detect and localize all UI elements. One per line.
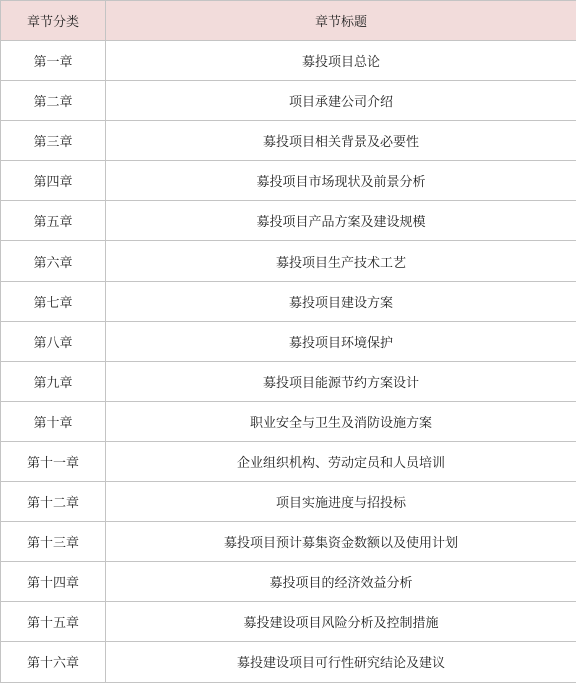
table-row: 第六章募投项目生产技术工艺 bbox=[1, 241, 576, 281]
table-row: 第四章募投项目市场现状及前景分析 bbox=[1, 161, 576, 201]
title-cell: 企业组织机构、劳动定员和人员培训 bbox=[106, 441, 576, 481]
table-row: 第十三章募投项目预计募集资金数额以及使用计划 bbox=[1, 522, 576, 562]
table-row: 第七章募投项目建设方案 bbox=[1, 281, 576, 321]
chapter-cell: 第十三章 bbox=[1, 522, 106, 562]
chapter-cell: 第一章 bbox=[1, 41, 106, 81]
chapter-cell: 第八章 bbox=[1, 321, 106, 361]
title-cell: 募投项目生产技术工艺 bbox=[106, 241, 576, 281]
header-row: 章节分类 章节标题 bbox=[1, 1, 576, 41]
chapter-cell: 第十六章 bbox=[1, 642, 106, 682]
title-cell: 项目实施进度与招投标 bbox=[106, 482, 576, 522]
header-chapter-category: 章节分类 bbox=[1, 1, 106, 41]
title-cell: 募投项目能源节约方案设计 bbox=[106, 361, 576, 401]
chapter-cell: 第三章 bbox=[1, 121, 106, 161]
table-row: 第十一章企业组织机构、劳动定员和人员培训 bbox=[1, 441, 576, 481]
table-row: 第三章募投项目相关背景及必要性 bbox=[1, 121, 576, 161]
chapter-cell: 第九章 bbox=[1, 361, 106, 401]
table-row: 第十四章募投项目的经济效益分析 bbox=[1, 562, 576, 602]
title-cell: 募投建设项目风险分析及控制措施 bbox=[106, 602, 576, 642]
chapter-cell: 第五章 bbox=[1, 201, 106, 241]
chapter-cell: 第七章 bbox=[1, 281, 106, 321]
title-cell: 募投项目建设方案 bbox=[106, 281, 576, 321]
chapter-cell: 第十章 bbox=[1, 401, 106, 441]
table-row: 第十五章募投建设项目风险分析及控制措施 bbox=[1, 602, 576, 642]
chapter-cell: 第二章 bbox=[1, 81, 106, 121]
chapter-cell: 第六章 bbox=[1, 241, 106, 281]
title-cell: 职业安全与卫生及消防设施方案 bbox=[106, 401, 576, 441]
title-cell: 募投项目相关背景及必要性 bbox=[106, 121, 576, 161]
title-cell: 募投项目环境保护 bbox=[106, 321, 576, 361]
title-cell: 募投项目产品方案及建设规模 bbox=[106, 201, 576, 241]
title-cell: 募投项目市场现状及前景分析 bbox=[106, 161, 576, 201]
title-cell: 项目承建公司介绍 bbox=[106, 81, 576, 121]
table-row: 第二章项目承建公司介绍 bbox=[1, 81, 576, 121]
table-row: 第八章募投项目环境保护 bbox=[1, 321, 576, 361]
header-chapter-title: 章节标题 bbox=[106, 1, 576, 41]
chapter-cell: 第十一章 bbox=[1, 441, 106, 481]
chapter-cell: 第四章 bbox=[1, 161, 106, 201]
chapter-cell: 第十二章 bbox=[1, 482, 106, 522]
title-cell: 募投项目的经济效益分析 bbox=[106, 562, 576, 602]
title-cell: 募投建设项目可行性研究结论及建议 bbox=[106, 642, 576, 682]
table-row: 第十六章募投建设项目可行性研究结论及建议 bbox=[1, 642, 576, 682]
chapter-cell: 第十五章 bbox=[1, 602, 106, 642]
title-cell: 募投项目总论 bbox=[106, 41, 576, 81]
table-row: 第九章募投项目能源节约方案设计 bbox=[1, 361, 576, 401]
table-row: 第一章募投项目总论 bbox=[1, 41, 576, 81]
chapter-cell: 第十四章 bbox=[1, 562, 106, 602]
chapter-table: 章节分类 章节标题 第一章募投项目总论第二章项目承建公司介绍第三章募投项目相关背… bbox=[0, 0, 576, 683]
table-row: 第十章职业安全与卫生及消防设施方案 bbox=[1, 401, 576, 441]
title-cell: 募投项目预计募集资金数额以及使用计划 bbox=[106, 522, 576, 562]
table-row: 第五章募投项目产品方案及建设规模 bbox=[1, 201, 576, 241]
table-row: 第十二章项目实施进度与招投标 bbox=[1, 482, 576, 522]
